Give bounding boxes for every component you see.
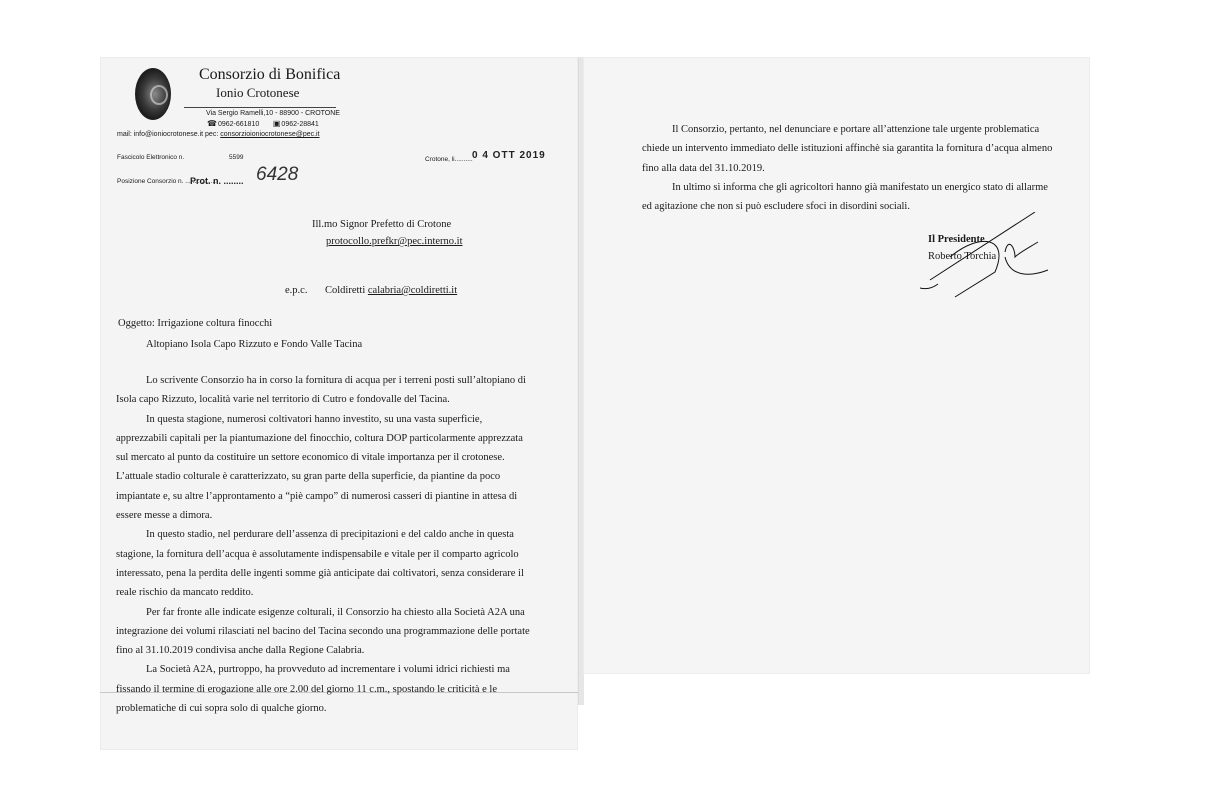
date-stamp: 0 4 OTT 2019 [472, 150, 546, 161]
body-line: Per far fronte alle indicate esigenze co… [116, 603, 536, 622]
body-line: reale rischio da mancato reddito. [116, 583, 536, 602]
fascicolo-label: Fascicolo Elettronico n. [117, 154, 184, 161]
body-line: fissando il termine di erogazione alle o… [116, 680, 536, 699]
body-line: fino al 31.10.2019 condivisa anche dalla… [116, 641, 536, 660]
fax-number: 0962-28841 [281, 121, 318, 128]
body-line: Il Consorzio, pertanto, nel denunciare e… [642, 120, 1062, 139]
epc-name: Coldiretti [325, 285, 368, 296]
org-phones: ☎0962-661810 ▣0962-28841 [207, 119, 319, 128]
consortium-logo-icon [135, 68, 171, 120]
protocol-label: Prot. n. ........ [190, 176, 244, 186]
recipient-name: Ill.mo Signor Prefetto di Crotone [312, 219, 451, 230]
body-line: L’attuale stadio colturale è caratterizz… [116, 467, 536, 486]
body-line: Lo scrivente Consorzio ha in corso la fo… [116, 371, 536, 390]
subject-line-2: Altopiano Isola Capo Rizzuto e Fondo Val… [146, 339, 362, 350]
body-line: La Società A2A, purtroppo, ha provveduto… [116, 660, 536, 679]
org-name: Consorzio di Bonifica [199, 66, 340, 84]
pec-link[interactable]: consorzioioniocrotonese@pec.it [220, 131, 319, 138]
mail-prefix: mail: info@ioniocrotonese.it pec: [117, 131, 220, 138]
body-line: fino alla data del 31.10.2019. [642, 159, 1062, 178]
recipient-pec-link[interactable]: protocollo.prefkr@pec.interno.it [326, 236, 463, 247]
protocol-number-handwritten: 6428 [256, 164, 298, 186]
body-line: stagione, la fornitura dell’acqua è asso… [116, 545, 536, 564]
epc-email-link[interactable]: calabria@coldiretti.it [368, 285, 457, 296]
epc-recipient: Coldiretti calabria@coldiretti.it [325, 285, 457, 296]
handwritten-signature-icon [900, 212, 1060, 302]
body-line: apprezzabili capitali per la piantumazio… [116, 429, 536, 448]
telephone-icon: ☎ [207, 119, 217, 128]
body-line: problematiche di cui sopra solo di qualc… [116, 699, 536, 718]
fax-icon: ▣ [273, 119, 281, 128]
fascicolo-value: 5599 [229, 154, 243, 161]
epc-label: e.p.c. [285, 285, 307, 296]
org-subtitle: Ionio Crotonese [216, 85, 299, 101]
body-line: In questo stadio, nel perdurare dell’ass… [116, 525, 536, 544]
body-line: Isola capo Rizzuto, località varie nel t… [116, 390, 536, 409]
letterhead-rule [184, 107, 336, 108]
body-line: interessato, pena la perdita delle ingen… [116, 564, 536, 583]
body-line: essere messe a dimora. [116, 506, 536, 525]
place-date-label: Crotone, li.......... [425, 156, 473, 163]
body-line: In ultimo si informa che gli agricoltori… [642, 178, 1062, 197]
org-address: Via Sergio Ramelli,10 - 88900 - CROTONE [206, 110, 340, 117]
org-mail-line: mail: info@ioniocrotonese.it pec: consor… [117, 131, 320, 138]
letter-body-page-2: Il Consorzio, pertanto, nel denunciare e… [642, 120, 1062, 216]
body-line: chiede un intervento immediato delle ist… [642, 139, 1062, 158]
phone-number: 0962-661810 [218, 121, 259, 128]
body-line: impiantate e, su altre l’approntamento a… [116, 487, 536, 506]
letter-body-page-1: Lo scrivente Consorzio ha in corso la fo… [116, 371, 536, 718]
body-line: integrazione dei volumi rilasciati nel b… [116, 622, 536, 641]
subject-line-1: Oggetto: Irrigazione coltura finocchi [118, 318, 272, 329]
body-line: sul mercato al punto da costituire un se… [116, 448, 536, 467]
body-line: In questa stagione, numerosi coltivatori… [116, 410, 536, 429]
